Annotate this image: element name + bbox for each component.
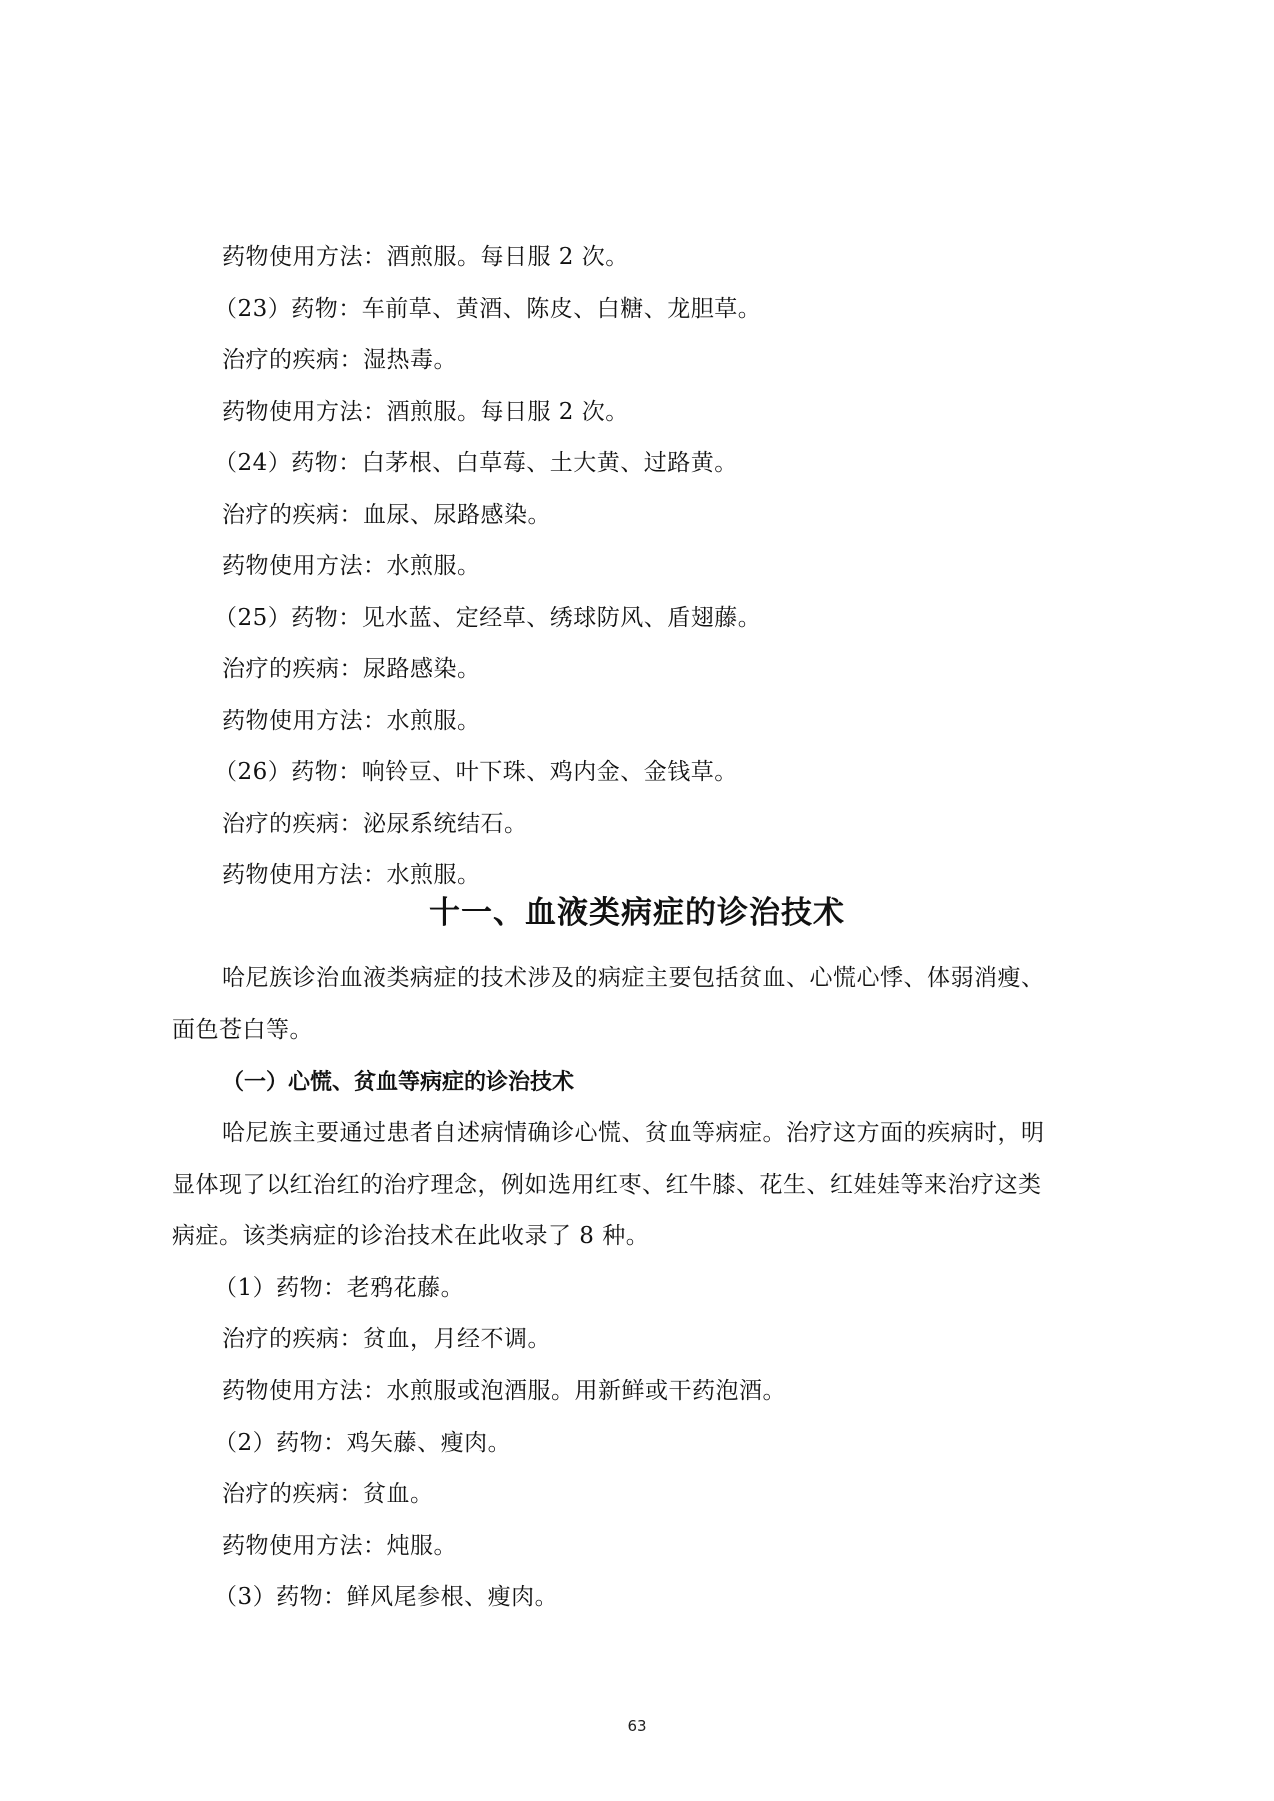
subsection-heading: （一）心慌、贫血等病症的诊治技术 [222, 1067, 574, 1097]
body-paragraph-line: 病症。该类病症的诊治技术在此收录了 8 种。 [172, 1221, 649, 1251]
usage-line: 药物使用方法：炖服。 [222, 1531, 457, 1561]
disease-line: 治疗的疾病：泌尿系统结石。 [222, 809, 528, 839]
document-page: 药物使用方法：酒煎服。每日服 2 次。 （23）药物：车前草、黄酒、陈皮、白糖、… [0, 0, 1274, 1801]
medicine-item-23: （23）药物：车前草、黄酒、陈皮、白糖、龙胆草。 [214, 294, 761, 324]
medicine-item-3: （3）药物：鲜风尾参根、瘦肉。 [214, 1582, 558, 1612]
disease-line: 治疗的疾病：血尿、尿路感染。 [222, 500, 551, 530]
page-number: 63 [0, 1717, 1274, 1735]
usage-line: 药物使用方法：酒煎服。每日服 2 次。 [222, 242, 629, 272]
usage-line: 药物使用方法：水煎服。 [222, 706, 481, 736]
medicine-item-1: （1）药物：老鸦花藤。 [214, 1273, 464, 1303]
disease-line: 治疗的疾病：贫血。 [222, 1479, 434, 1509]
body-paragraph-line: 哈尼族主要通过患者自述病情确诊心慌、贫血等病症。治疗这方面的疾病时，明 [222, 1118, 1045, 1148]
usage-line: 药物使用方法：水煎服。 [222, 860, 481, 890]
disease-line: 治疗的疾病：贫血，月经不调。 [222, 1324, 551, 1354]
medicine-item-2: （2）药物：鸡矢藤、瘦肉。 [214, 1428, 511, 1458]
medicine-item-24: （24）药物：白茅根、白草莓、土大黄、过路黄。 [214, 448, 738, 478]
intro-paragraph-line: 面色苍白等。 [172, 1015, 313, 1045]
disease-line: 治疗的疾病：尿路感染。 [222, 654, 481, 684]
medicine-item-25: （25）药物：见水蓝、定经草、绣球防风、盾翅藤。 [214, 603, 761, 633]
body-paragraph-line: 显体现了以红治红的治疗理念，例如选用红枣、红牛膝、花生、红娃娃等来治疗这类 [172, 1170, 1042, 1200]
disease-line: 治疗的疾病：湿热毒。 [222, 345, 457, 375]
medicine-item-26: （26）药物：响铃豆、叶下珠、鸡内金、金钱草。 [214, 757, 738, 787]
section-heading: 十一、血液类病症的诊治技术 [0, 893, 1274, 933]
usage-line: 药物使用方法：水煎服。 [222, 551, 481, 581]
usage-line: 药物使用方法：酒煎服。每日服 2 次。 [222, 397, 629, 427]
intro-paragraph-line: 哈尼族诊治血液类病症的技术涉及的病症主要包括贫血、心慌心悸、体弱消瘦、 [222, 963, 1045, 993]
usage-line: 药物使用方法：水煎服或泡酒服。用新鲜或干药泡酒。 [222, 1376, 786, 1406]
